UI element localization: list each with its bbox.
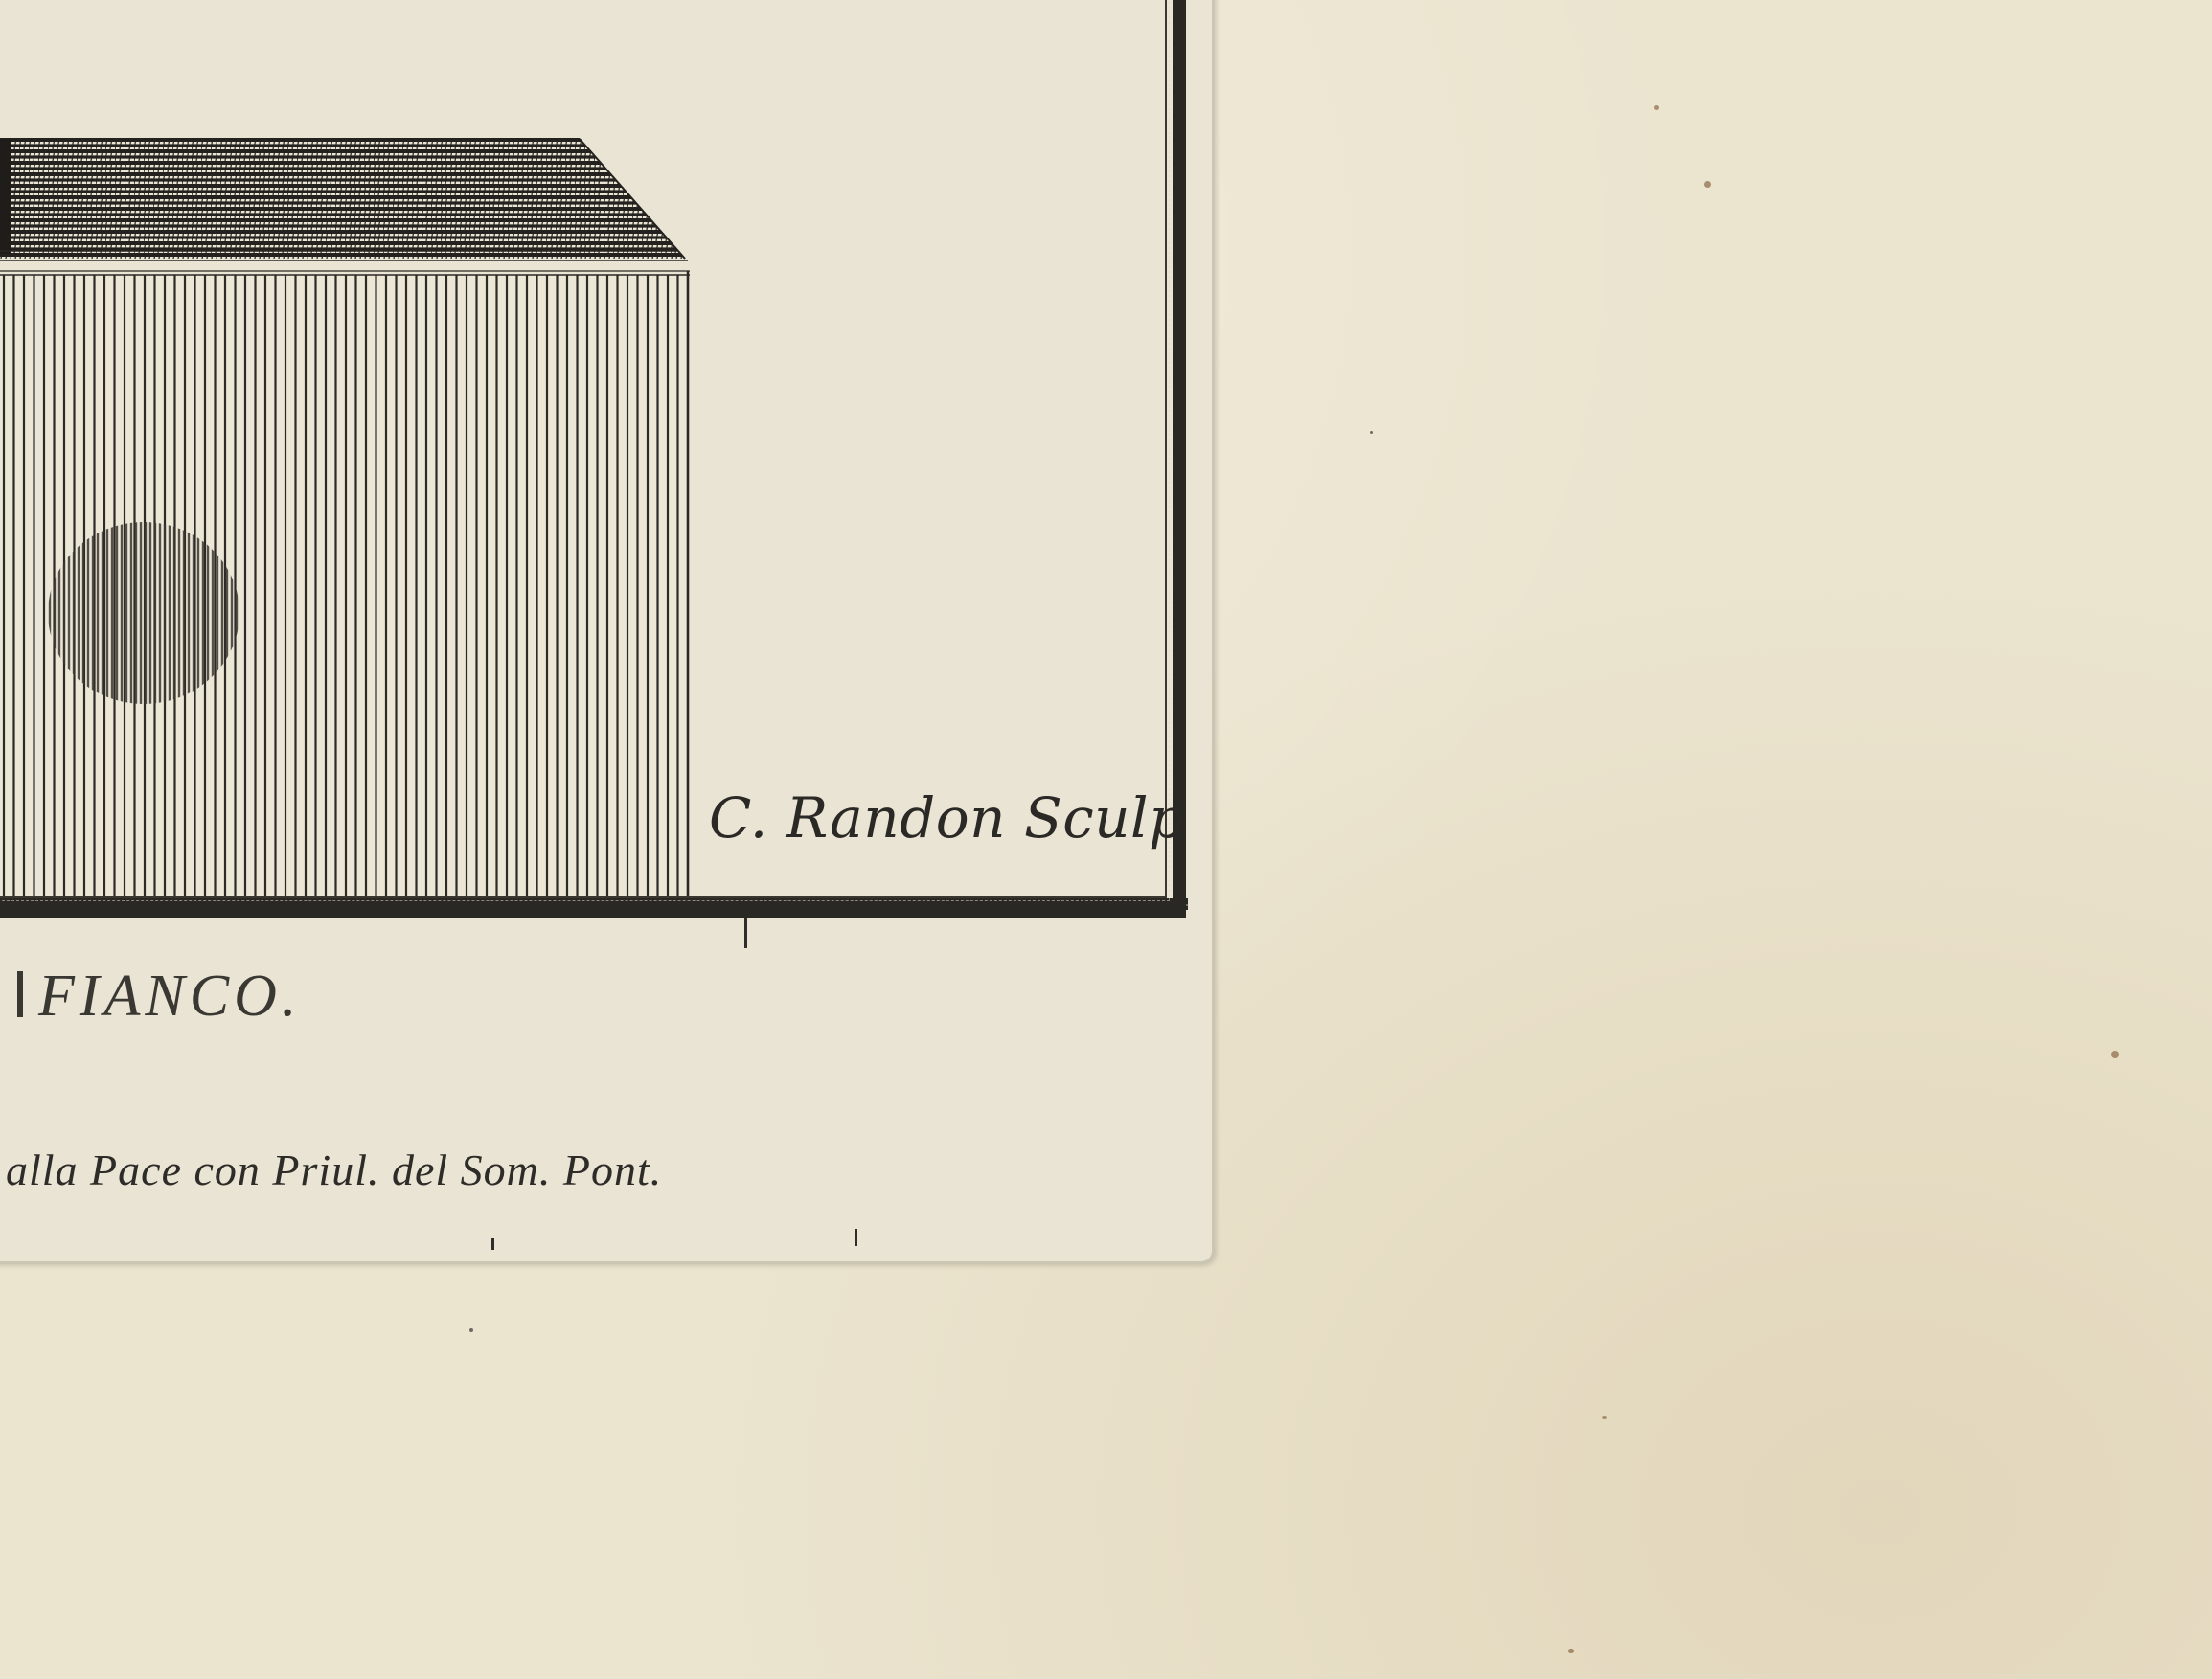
foxing-speck xyxy=(469,1328,473,1332)
foxing-speck xyxy=(1370,431,1373,434)
foxing-speck xyxy=(1704,181,1711,188)
plate-mark xyxy=(491,1238,494,1250)
foxing-speck xyxy=(1568,1649,1574,1653)
engraver-signature: C. Randon Sculp xyxy=(709,785,1185,851)
paper-sheet: C. Randon Sculp FIANCO. alla Pace con Pr… xyxy=(0,0,2212,1679)
privilege-line: alla Pace con Priul. del Som. Pont. xyxy=(6,1145,662,1195)
plate-border-frame xyxy=(0,0,1186,918)
plate-mark xyxy=(855,1229,857,1246)
foxing-speck xyxy=(1654,105,1659,110)
registration-tick xyxy=(744,918,747,948)
foxing-speck xyxy=(1602,1416,1607,1419)
caption-truncated-letter xyxy=(17,971,23,1017)
foxing-speck xyxy=(2111,1051,2119,1058)
plate-caption: FIANCO. xyxy=(17,963,301,1031)
caption-text: FIANCO. xyxy=(38,964,301,1029)
